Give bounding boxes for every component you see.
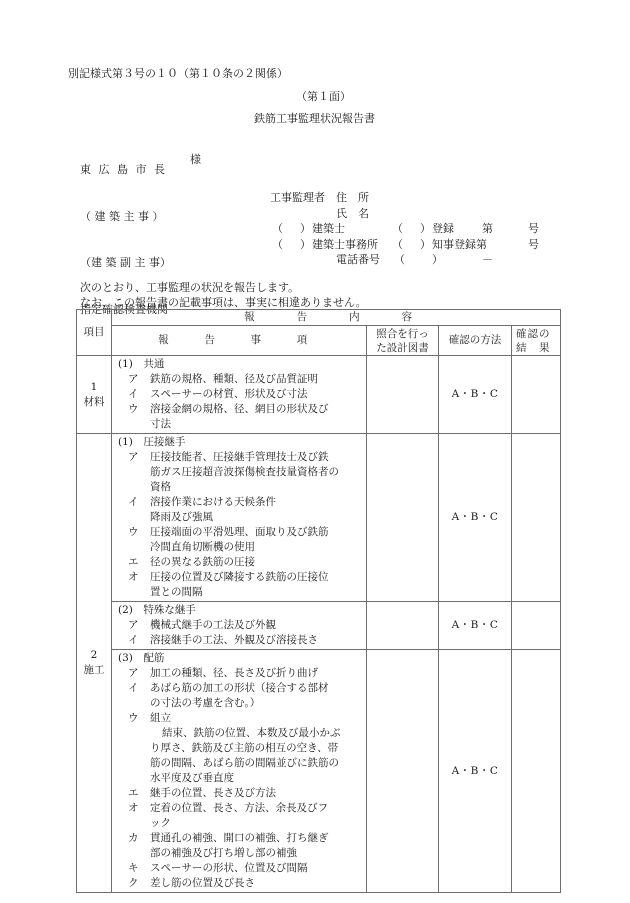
name-label: 氏 名 xyxy=(336,206,369,222)
architect-class-paren-open: （ xyxy=(272,221,283,237)
list-item: ア機械式継手の工法及び外観 xyxy=(118,618,362,633)
item-text-cont: 降雨及び強風 xyxy=(128,510,362,525)
item-text: 機械式継手の工法及び外観 xyxy=(150,619,276,631)
item-mark: ク xyxy=(128,876,150,891)
result-cell[interactable] xyxy=(512,356,561,434)
list-item: ウ溶接金網の規格、径、網目の形状及び寸法 xyxy=(118,402,362,432)
section-label-construction: 2 施工 xyxy=(77,434,112,893)
document-title: 鉄筋工事監理状況報告書 xyxy=(254,113,375,124)
item-text: 加工の種類、径、長さ及び折り曲げ xyxy=(150,667,318,679)
list-item: カ貫通孔の補強、開口の補強、打ち継ぎ部の補強及び打ち増し部の補強 xyxy=(118,831,362,861)
item-mark: イ xyxy=(128,495,150,510)
supervisor-label: 工事監理者 xyxy=(270,190,325,206)
item-mark: イ xyxy=(128,387,150,402)
section-name: 施工 xyxy=(77,663,111,678)
item-text: あばら筋の加工の形状（接合する部材 xyxy=(150,682,329,694)
item-mark: オ xyxy=(128,801,150,816)
item-text-cont: の寸法の考慮を含む。） xyxy=(128,696,362,711)
header-result-line1: 確認の xyxy=(516,327,560,341)
phone-paren-open: （ xyxy=(394,252,405,268)
method-cell: A・B・C xyxy=(439,434,512,602)
design-docs-cell[interactable] xyxy=(367,356,439,434)
item-text: 貫通孔の補強、開口の補強、打ち継ぎ xyxy=(150,832,329,844)
design-docs-cell[interactable] xyxy=(367,650,439,893)
table-row: (3) 配筋 ア加工の種類、径、長さ及び折り曲げ イあばら筋の加工の形状（接合す… xyxy=(77,650,561,893)
group-heading: (3) 配筋 xyxy=(118,651,362,666)
design-docs-cell[interactable] xyxy=(367,602,439,650)
item-detail: 水平度及び垂直度 xyxy=(128,771,362,786)
list-item: ク差し筋の位置及び長さ xyxy=(118,876,362,891)
table-row: 1 材料 (1) 共通 ア鉄筋の規格、種類、径及び品質証明 イスペーサーの材質、… xyxy=(77,356,561,434)
intro-text: 次のとおり、工事監理の状況を報告します。 なお、この報告書の記載事項は、事実に相… xyxy=(80,280,367,310)
item-mark: キ xyxy=(128,861,150,876)
header-design-docs-line2: た設計図書 xyxy=(367,341,438,355)
intro-line-1: 次のとおり、工事監理の状況を報告します。 xyxy=(80,280,367,295)
list-item: ウ圧接端面の平滑処理、面取り及び鉄筋冷間直角切断機の使用 xyxy=(118,525,362,555)
item-text-cont: 置との間隔 xyxy=(128,585,362,600)
header-result-line2: 結 果 xyxy=(516,341,560,355)
office-registration-go: 号 xyxy=(528,237,539,253)
item-text: スペーサーの形状、位置及び間隔 xyxy=(150,862,308,874)
item-text-cont: 冷間直角切断機の使用 xyxy=(128,540,362,555)
item-mark: ア xyxy=(128,618,150,633)
method-cell: A・B・C xyxy=(439,356,512,434)
phone-dash: － xyxy=(482,252,493,268)
phone-paren-close: ） xyxy=(432,252,443,268)
item-text: 組立 xyxy=(150,712,171,724)
header-method: 確認の方法 xyxy=(439,326,512,356)
item-text: 継手の位置、長さ及び方法 xyxy=(150,787,276,799)
list-item: エ継手の位置、長さ及び方法 xyxy=(118,786,362,801)
registration-label: 登録 xyxy=(432,221,454,237)
item-mark: イ xyxy=(128,633,150,648)
address-label: 住 所 xyxy=(336,190,369,206)
item-text: スペーサーの材質、形状及び寸法 xyxy=(150,388,308,400)
architect-class-paren-close: ） xyxy=(300,221,311,237)
item-text-cont: 寸法 xyxy=(128,417,362,432)
supervisor-block: 工事監理者 住 所 氏 名 （ ） 建築士 （ ） 登録 第 号 （ ） 建築士… xyxy=(270,190,560,268)
header-design-docs-line1: 照合を行っ xyxy=(367,327,438,341)
item-mark: オ xyxy=(128,570,150,585)
item-mark: ウ xyxy=(128,711,150,726)
list-item: イあばら筋の加工の形状（接合する部材の寸法の考慮を含む。） xyxy=(118,681,362,711)
group-heading: (1) 共通 xyxy=(118,357,362,372)
section-number: 2 xyxy=(77,648,111,663)
report-items-bar-arrangement: (3) 配筋 ア加工の種類、径、長さ及び折り曲げ イあばら筋の加工の形状（接合す… xyxy=(112,650,367,893)
honorific: 様 xyxy=(190,154,201,165)
list-item: イ溶接作業における天候条件降雨及び強風 xyxy=(118,495,362,525)
report-items-pressure-welding: (1) 圧接継手 ア圧接技能者、圧接継手管理技士及び鉄筋ガス圧接超音波探傷検査技… xyxy=(112,434,367,602)
item-mark: ア xyxy=(128,372,150,387)
item-mark: イ xyxy=(128,681,150,696)
item-mark: ウ xyxy=(128,525,150,540)
item-mark: ウ xyxy=(128,402,150,417)
office-class-paren-close: ） xyxy=(300,237,311,253)
table-row: 2 施工 (1) 圧接継手 ア圧接技能者、圧接継手管理技士及び鉄筋ガス圧接超音波… xyxy=(77,434,561,602)
office-registration-paren-open: （ xyxy=(392,237,403,253)
header-item: 項目 xyxy=(77,310,112,356)
phone-label: 電話番号 xyxy=(336,252,380,268)
list-item: ア鉄筋の規格、種類、径及び品質証明 xyxy=(118,372,362,387)
list-item: イ溶接継手の工法、外観及び溶接長さ xyxy=(118,633,362,648)
page-face-label: （第１面） xyxy=(296,91,351,102)
header-result: 確認の 結 果 xyxy=(512,326,561,356)
item-text: 鉄筋の規格、種類、径及び品質証明 xyxy=(150,373,318,385)
item-text: 径の異なる鉄筋の圧接 xyxy=(150,556,255,568)
list-item: イスペーサーの材質、形状及び寸法 xyxy=(118,387,362,402)
section-number: 1 xyxy=(77,380,111,395)
group-heading: (2) 特殊な継手 xyxy=(118,603,362,618)
method-cell: A・B・C xyxy=(439,602,512,650)
registration-paren-open: （ xyxy=(392,221,403,237)
registration-paren-close: ） xyxy=(420,221,431,237)
registration-dai: 第 xyxy=(482,221,493,237)
office-label: 建築士事務所 xyxy=(312,237,378,253)
item-detail: 結束、鉄筋の位置、本数及び最小かぶ xyxy=(128,726,362,741)
header-report-matters: 報 告 事 項 xyxy=(112,326,367,356)
result-cell[interactable] xyxy=(512,602,561,650)
section-name: 材料 xyxy=(77,395,111,410)
item-text-cont: 筋ガス圧接超音波探傷検査技量資格者の xyxy=(128,465,362,480)
list-item: ア圧接技能者、圧接継手管理技士及び鉄筋ガス圧接超音波探傷検査技量資格者の資格 xyxy=(118,450,362,495)
item-text: 溶接継手の工法、外観及び溶接長さ xyxy=(150,634,318,646)
office-class-paren-open: （ xyxy=(272,237,283,253)
group-heading: (1) 圧接継手 xyxy=(118,435,362,450)
table-row: (2) 特殊な継手 ア機械式継手の工法及び外観 イ溶接継手の工法、外観及び溶接長… xyxy=(77,602,561,650)
result-cell[interactable] xyxy=(512,650,561,893)
item-text-cont: 資格 xyxy=(128,480,362,495)
list-item: ア加工の種類、径、長さ及び折り曲げ xyxy=(118,666,362,681)
list-item: エ径の異なる鉄筋の圧接 xyxy=(118,555,362,570)
office-registration-label: 知事登録第 xyxy=(432,237,487,253)
item-mark: カ xyxy=(128,831,150,846)
item-mark: エ xyxy=(128,555,150,570)
item-text-cont: ック xyxy=(128,816,362,831)
header-report-content: 報 告 内 容 xyxy=(112,310,561,326)
item-text-cont: 部の補強及び打ち増し部の補強 xyxy=(128,846,362,861)
item-detail: り厚さ、鉄筋及び主筋の相互の空き、帯 xyxy=(128,741,362,756)
method-cell: A・B・C xyxy=(439,650,512,893)
office-registration-paren-close: ） xyxy=(420,237,431,253)
item-text: 溶接作業における天候条件 xyxy=(150,496,276,508)
report-items-common: (1) 共通 ア鉄筋の規格、種類、径及び品質証明 イスペーサーの材質、形状及び寸… xyxy=(112,356,367,434)
list-item: キスペーサーの形状、位置及び間隔 xyxy=(118,861,362,876)
list-item: オ定着の位置、長さ、方法、余長及びフック xyxy=(118,801,362,831)
report-items-special-joints: (2) 特殊な継手 ア機械式継手の工法及び外観 イ溶接継手の工法、外観及び溶接長… xyxy=(112,602,367,650)
design-docs-cell[interactable] xyxy=(367,434,439,602)
result-cell[interactable] xyxy=(512,434,561,602)
item-text: 圧接の位置及び隣接する鉄筋の圧接位 xyxy=(150,571,329,583)
item-text: 定着の位置、長さ、方法、余長及びフ xyxy=(150,802,328,814)
item-text: 圧接技能者、圧接継手管理技士及び鉄 xyxy=(150,451,329,463)
intro-line-2: なお、この報告書の記載事項は、事実に相違ありません。 xyxy=(80,295,367,310)
addressee-line: （ 建 築 主 事 ） xyxy=(80,209,171,225)
list-item: ウ組立 結束、鉄筋の位置、本数及び最小かぶ り厚さ、鉄筋及び主筋の相互の空き、帯… xyxy=(118,711,362,786)
item-text: 溶接金網の規格、径、網目の形状及び xyxy=(150,403,329,415)
item-text: 差し筋の位置及び長さ xyxy=(150,877,255,889)
report-table: 項目 報 告 内 容 報 告 事 項 照合を行っ た設計図書 確認の方法 確認の… xyxy=(76,309,561,893)
registration-go: 号 xyxy=(528,221,539,237)
architect-label: 建築士 xyxy=(312,221,345,237)
item-mark: ア xyxy=(128,450,150,465)
list-item: オ圧接の位置及び隣接する鉄筋の圧接位置との間隔 xyxy=(118,570,362,600)
header-design-docs: 照合を行っ た設計図書 xyxy=(367,326,439,356)
item-detail: 筋の間隔、あばら筋の間隔並びに鉄筋の xyxy=(128,756,362,771)
item-mark: ア xyxy=(128,666,150,681)
item-text: 圧接端面の平滑処理、面取り及び鉄筋 xyxy=(150,526,329,538)
section-label-materials: 1 材料 xyxy=(77,356,112,434)
addressee-line: （建 築 副 主 事） xyxy=(80,255,171,271)
item-mark: エ xyxy=(128,786,150,801)
form-reference: 別記様式第３号の１０（第１０条の２関係） xyxy=(68,68,288,79)
addressee-line: 東 広 島 市 長 xyxy=(80,162,171,178)
